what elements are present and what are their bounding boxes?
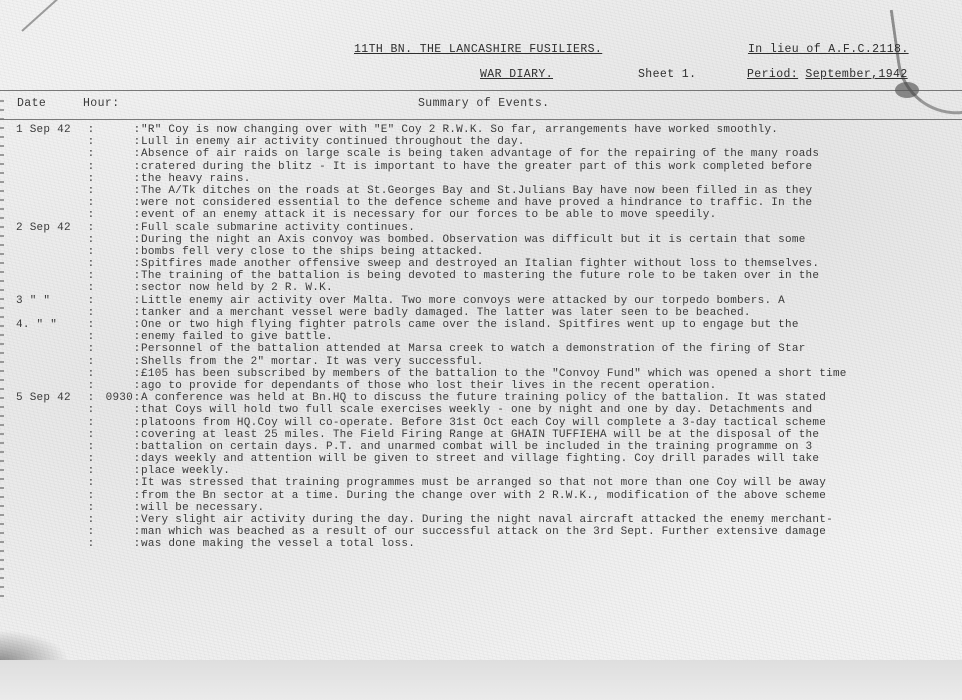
column-separator: :	[133, 356, 141, 368]
column-separator: :	[87, 404, 95, 416]
diary-line: ::Very slight air activity during the da…	[0, 514, 962, 526]
form-reference: In lieu of A.F.C.2118.	[748, 43, 909, 56]
entry-text: place weekly.	[141, 465, 962, 477]
column-separator: :	[133, 490, 141, 502]
entry-text: man which was beached as a result of our…	[141, 526, 962, 538]
column-separator: :	[133, 441, 141, 453]
entry-hour	[95, 234, 133, 246]
entry-date	[0, 453, 87, 465]
column-separator: :	[133, 295, 141, 307]
entry-hour	[95, 429, 133, 441]
diary-line: ::days weekly and attention will be give…	[0, 453, 962, 465]
entry-text: "R" Coy is now changing over with "E" Co…	[141, 124, 962, 136]
entry-text: will be necessary.	[141, 502, 962, 514]
diary-line: 5 Sep 42:0930:A conference was held at B…	[0, 392, 962, 404]
column-separator: :	[87, 417, 95, 429]
column-separator: :	[87, 441, 95, 453]
entry-date: 1 Sep 42	[0, 124, 87, 136]
entry-date: 3 " "	[0, 295, 87, 307]
entry-date	[0, 429, 87, 441]
column-separator: :	[87, 343, 95, 355]
entry-text: Spitfires made another offensive sweep a…	[141, 258, 962, 270]
diary-line: ::covering at least 25 miles. The Field …	[0, 429, 962, 441]
column-separator: :	[133, 453, 141, 465]
column-separator: :	[133, 319, 141, 331]
diary-entries: 1 Sep 42::"R" Coy is now changing over w…	[0, 124, 962, 551]
column-separator: :	[133, 197, 141, 209]
column-separator: :	[87, 319, 95, 331]
entry-hour	[95, 453, 133, 465]
diary-line: ::were not considered essential to the d…	[0, 197, 962, 209]
entry-text: A conference was held at Bn.HQ to discus…	[141, 392, 962, 404]
entry-text: The training of the battalion is being d…	[141, 270, 962, 282]
entry-date	[0, 538, 87, 550]
pen-mark	[21, 0, 74, 32]
entry-hour	[95, 343, 133, 355]
entry-date	[0, 331, 87, 343]
entry-hour: 0930	[95, 392, 133, 404]
entry-hour	[95, 490, 133, 502]
column-separator: :	[87, 258, 95, 270]
column-separator: :	[87, 185, 95, 197]
header-rule	[0, 90, 962, 91]
diary-line: ::place weekly.	[0, 465, 962, 477]
column-separator: :	[87, 429, 95, 441]
column-header-summary: Summary of Events.	[418, 97, 549, 110]
column-separator: :	[133, 477, 141, 489]
column-separator: :	[87, 234, 95, 246]
entry-date	[0, 161, 87, 173]
diary-line: 3 " "::Little enemy air activity over Ma…	[0, 295, 962, 307]
entry-hour	[95, 222, 133, 234]
entry-text: ago to provide for dependants of those w…	[141, 380, 962, 392]
entry-hour	[95, 477, 133, 489]
column-separator: :	[87, 514, 95, 526]
column-separator: :	[133, 246, 141, 258]
entry-date: 4. " "	[0, 319, 87, 331]
entry-hour	[95, 526, 133, 538]
entry-text: tanker and a merchant vessel were badly …	[141, 307, 962, 319]
diary-line: ::£105 has been subscribed by members of…	[0, 368, 962, 380]
entry-date	[0, 234, 87, 246]
column-separator: :	[133, 222, 141, 234]
entry-hour	[95, 173, 133, 185]
column-header-rule	[0, 119, 962, 120]
entry-text: £105 has been subscribed by members of t…	[141, 368, 962, 380]
entry-date	[0, 380, 87, 392]
diary-line: 2 Sep 42::Full scale submarine activity …	[0, 222, 962, 234]
column-separator: :	[133, 124, 141, 136]
column-separator: :	[87, 197, 95, 209]
diary-line: ::ago to provide for dependants of those…	[0, 380, 962, 392]
entry-hour	[95, 404, 133, 416]
entry-hour	[95, 295, 133, 307]
entry-text: was done making the vessel a total loss.	[141, 538, 962, 550]
column-separator: :	[133, 502, 141, 514]
column-separator: :	[133, 343, 141, 355]
entry-date	[0, 282, 87, 294]
diary-line: ::tanker and a merchant vessel were badl…	[0, 307, 962, 319]
period-label: Period:	[747, 68, 798, 81]
diary-line: ::Spitfires made another offensive sweep…	[0, 258, 962, 270]
scan-background	[0, 660, 962, 700]
diary-line: ::Personnel of the battalion attended at…	[0, 343, 962, 355]
column-separator: :	[87, 453, 95, 465]
column-separator: :	[133, 270, 141, 282]
period-value: September,1942	[805, 68, 907, 81]
column-separator: :	[133, 538, 141, 550]
column-separator: :	[87, 380, 95, 392]
diary-line: 1 Sep 42::"R" Coy is now changing over w…	[0, 124, 962, 136]
entry-text: event of an enemy attack it is necessary…	[141, 209, 962, 221]
entry-hour	[95, 465, 133, 477]
entry-hour	[95, 209, 133, 221]
column-separator: :	[87, 161, 95, 173]
diary-line: ::The A/Tk ditches on the roads at St.Ge…	[0, 185, 962, 197]
column-separator: :	[87, 526, 95, 538]
column-separator: :	[133, 136, 141, 148]
entry-text: Very slight air activity during the day.…	[141, 514, 962, 526]
entry-text: enemy failed to give battle.	[141, 331, 962, 343]
entry-hour	[95, 124, 133, 136]
entry-date	[0, 173, 87, 185]
entry-hour	[95, 380, 133, 392]
entry-hour	[95, 417, 133, 429]
entry-date	[0, 526, 87, 538]
period: Period: September,1942	[747, 68, 908, 81]
entry-text: that Coys will hold two full scale exerc…	[141, 404, 962, 416]
diary-line: ::bombs fell very close to the ships bei…	[0, 246, 962, 258]
entry-text: Personnel of the battalion attended at M…	[141, 343, 962, 355]
entry-hour	[95, 441, 133, 453]
column-separator: :	[87, 465, 95, 477]
diary-line: ::enemy failed to give battle.	[0, 331, 962, 343]
column-separator: :	[87, 246, 95, 258]
diary-line: ::During the night an Axis convoy was bo…	[0, 234, 962, 246]
entry-hour	[95, 246, 133, 258]
column-separator: :	[87, 368, 95, 380]
entry-date	[0, 148, 87, 160]
column-header-date: Date	[17, 97, 46, 110]
entry-date	[0, 197, 87, 209]
entry-text: Little enemy air activity over Malta. Tw…	[141, 295, 962, 307]
entry-text: platoons from HQ.Coy will co-operate. Be…	[141, 417, 962, 429]
entry-text: the heavy rains.	[141, 173, 962, 185]
column-header-hour: Hour:	[83, 97, 120, 110]
entry-date	[0, 246, 87, 258]
column-separator: :	[87, 222, 95, 234]
column-separator: :	[87, 136, 95, 148]
diary-line: ::was done making the vessel a total los…	[0, 538, 962, 550]
entry-text: sector now held by 2 R. W.K.	[141, 282, 962, 294]
diary-line: ::cratered during the blitz - It is impo…	[0, 161, 962, 173]
entry-text: Absence of air raids on large scale is b…	[141, 148, 962, 160]
entry-hour	[95, 538, 133, 550]
entry-date	[0, 514, 87, 526]
entry-date	[0, 490, 87, 502]
diary-line: ::The training of the battalion is being…	[0, 270, 962, 282]
entry-hour	[95, 368, 133, 380]
column-separator: :	[133, 234, 141, 246]
column-separator: :	[133, 161, 141, 173]
diary-line: ::the heavy rains.	[0, 173, 962, 185]
column-separator: :	[133, 368, 141, 380]
sheet-number: Sheet 1.	[638, 68, 696, 81]
diary-line: ::sector now held by 2 R. W.K.	[0, 282, 962, 294]
diary-line: ::battalion on certain days. P.T. and un…	[0, 441, 962, 453]
entry-hour	[95, 319, 133, 331]
column-separator: :	[133, 429, 141, 441]
entry-text: from the Bn sector at a time. During the…	[141, 490, 962, 502]
entry-hour	[95, 514, 133, 526]
entry-date	[0, 356, 87, 368]
entry-date: 2 Sep 42	[0, 222, 87, 234]
entry-date	[0, 258, 87, 270]
entry-text: During the night an Axis convoy was bomb…	[141, 234, 962, 246]
column-separator: :	[133, 185, 141, 197]
column-separator: :	[87, 282, 95, 294]
entry-hour	[95, 307, 133, 319]
column-separator: :	[133, 282, 141, 294]
entry-text: Lull in enemy air activity continued thr…	[141, 136, 962, 148]
column-separator: :	[133, 392, 141, 404]
column-separator: :	[133, 307, 141, 319]
entry-date	[0, 502, 87, 514]
entry-hour	[95, 270, 133, 282]
column-separator: :	[87, 392, 95, 404]
column-separator: :	[87, 124, 95, 136]
diary-line: ::from the Bn sector at a time. During t…	[0, 490, 962, 502]
column-separator: :	[133, 173, 141, 185]
entry-text: Shells from the 2" mortar. It was very s…	[141, 356, 962, 368]
column-separator: :	[133, 417, 141, 429]
entry-hour	[95, 136, 133, 148]
column-separator: :	[87, 295, 95, 307]
entry-text: One or two high flying fighter patrols c…	[141, 319, 962, 331]
entry-date	[0, 465, 87, 477]
entry-date	[0, 307, 87, 319]
entry-date	[0, 209, 87, 221]
tag-string	[890, 0, 962, 122]
entry-date	[0, 185, 87, 197]
column-separator: :	[133, 258, 141, 270]
entry-hour	[95, 356, 133, 368]
column-separator: :	[87, 307, 95, 319]
entry-hour	[95, 148, 133, 160]
column-separator: :	[133, 526, 141, 538]
diary-line: ::Absence of air raids on large scale is…	[0, 148, 962, 160]
diary-line: 4. " "::One or two high flying fighter p…	[0, 319, 962, 331]
entry-date	[0, 477, 87, 489]
diary-line: ::will be necessary.	[0, 502, 962, 514]
diary-line: ::Shells from the 2" mortar. It was very…	[0, 356, 962, 368]
diary-line: ::Lull in enemy air activity continued t…	[0, 136, 962, 148]
diary-line: ::man which was beached as a result of o…	[0, 526, 962, 538]
column-separator: :	[133, 465, 141, 477]
column-separator: :	[133, 514, 141, 526]
diary-line: ::platoons from HQ.Coy will co-operate. …	[0, 417, 962, 429]
column-separator: :	[87, 538, 95, 550]
war-diary-page: 11TH BN. THE LANCASHIRE FUSILIERS. In li…	[0, 0, 962, 662]
entry-hour	[95, 197, 133, 209]
column-separator: :	[133, 404, 141, 416]
entry-hour	[95, 502, 133, 514]
diary-line: ::It was stressed that training programm…	[0, 477, 962, 489]
entry-date	[0, 270, 87, 282]
entry-date: 5 Sep 42	[0, 392, 87, 404]
column-separator: :	[87, 502, 95, 514]
column-separator: :	[87, 173, 95, 185]
scan-shadow	[0, 630, 70, 662]
column-separator: :	[87, 209, 95, 221]
entry-date	[0, 343, 87, 355]
entry-text: It was stressed that training programmes…	[141, 477, 962, 489]
entry-text: covering at least 25 miles. The Field Fi…	[141, 429, 962, 441]
diary-line: ::event of an enemy attack it is necessa…	[0, 209, 962, 221]
entry-hour	[95, 161, 133, 173]
entry-text: battalion on certain days. P.T. and unar…	[141, 441, 962, 453]
entry-date	[0, 417, 87, 429]
entry-date	[0, 136, 87, 148]
column-separator: :	[133, 209, 141, 221]
entry-date	[0, 404, 87, 416]
document-title: WAR DIARY.	[480, 68, 553, 81]
entry-hour	[95, 331, 133, 343]
column-separator: :	[133, 148, 141, 160]
diary-line: ::that Coys will hold two full scale exe…	[0, 404, 962, 416]
entry-hour	[95, 185, 133, 197]
entry-text: were not considered essential to the def…	[141, 197, 962, 209]
column-separator: :	[87, 331, 95, 343]
unit-title: 11TH BN. THE LANCASHIRE FUSILIERS.	[354, 43, 602, 56]
entry-text: The A/Tk ditches on the roads at St.Geor…	[141, 185, 962, 197]
entry-date	[0, 441, 87, 453]
entry-text: bombs fell very close to the ships being…	[141, 246, 962, 258]
entry-date	[0, 368, 87, 380]
column-separator: :	[87, 148, 95, 160]
column-separator: :	[133, 380, 141, 392]
entry-hour	[95, 282, 133, 294]
column-separator: :	[87, 477, 95, 489]
column-separator: :	[133, 331, 141, 343]
column-separator: :	[87, 356, 95, 368]
entry-text: cratered during the blitz - It is import…	[141, 161, 962, 173]
entry-text: days weekly and attention will be given …	[141, 453, 962, 465]
entry-hour	[95, 258, 133, 270]
column-separator: :	[87, 490, 95, 502]
column-separator: :	[87, 270, 95, 282]
entry-text: Full scale submarine activity continues.	[141, 222, 962, 234]
